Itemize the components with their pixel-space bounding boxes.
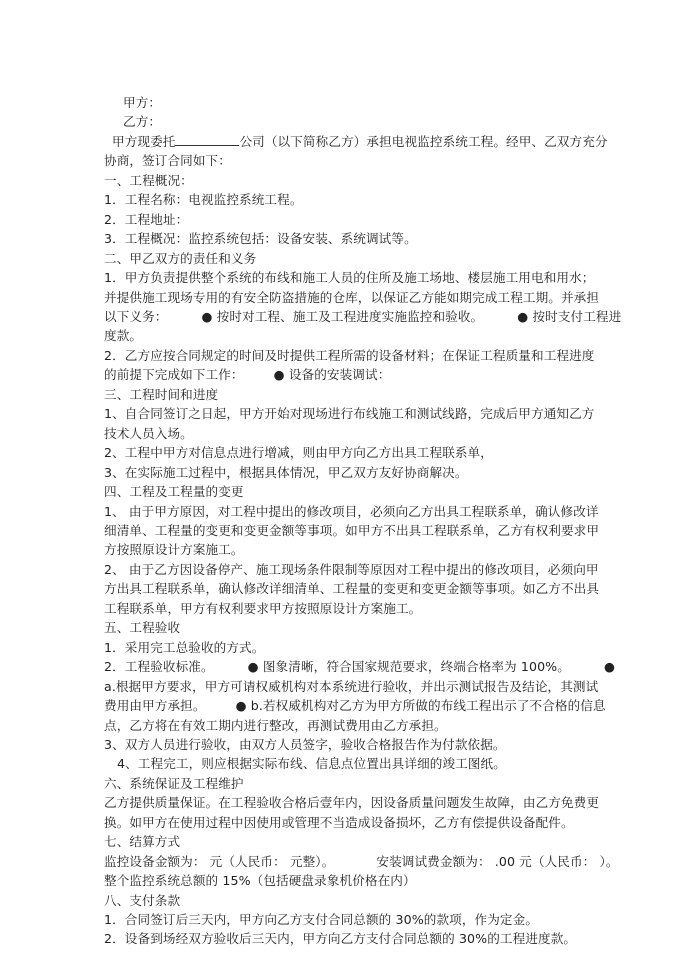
company-name-blank xyxy=(175,133,239,146)
section-6-line: 换。如甲方在使用过程中因使用或管理不当造成设备损坏，乙方有偿提供设备配件。 xyxy=(104,813,604,832)
contract-document: 甲方： 乙方： 甲方现委托公司（以下简称乙方）承担电视监控系统工程。经甲、乙双方… xyxy=(104,93,604,949)
bullet-item: ● 设备的安装调试： xyxy=(274,367,391,382)
intro-line-2: 协商，签订合同如下： xyxy=(104,151,604,170)
section-4-title: 四、工程及工程量的变更 xyxy=(104,482,604,501)
section-4-line: 方出具工程联系单，确认修改详细清单、工程量的变更和变更金额等事项。如乙方不出具 xyxy=(104,579,604,598)
bullet-item: ● 按时对工程、施工及工程进度实施监控和验收。 xyxy=(201,309,483,324)
section-3-line: 2、工程中甲方对信息点进行增减，则由甲方向乙方出具工程联系单， xyxy=(104,443,604,462)
section-1-item: 1．工程名称：电视监控系统工程。 xyxy=(104,190,604,209)
bullet-icon: ● xyxy=(604,659,615,674)
section-2-line: 度款。 xyxy=(104,326,604,345)
section-2-line: 2．乙方应按合同规定的时间及时提供工程所需的设备材料；在保证工程质量和工程进度 xyxy=(104,346,604,365)
section-1-title: 一、工程概况： xyxy=(104,171,604,190)
section-5-title: 五、工程验收 xyxy=(104,618,604,637)
party-b-label: 乙方： xyxy=(104,112,604,131)
intro-line-1: 甲方现委托公司（以下简称乙方）承担电视监控系统工程。经甲、乙双方充分 xyxy=(104,132,604,151)
section-3-line: 技术人员入场。 xyxy=(104,424,604,443)
section-2-line: 并提供施工现场专用的有安全防盗措施的仓库，以保证乙方能如期完成工程工期。并承担 xyxy=(104,288,604,307)
section-4-line: 工程联系单，甲方有权利要求甲方按照原设计方案施工。 xyxy=(104,599,604,618)
section-7-title: 七、结算方式 xyxy=(104,832,604,851)
section-5-line: 点，乙方将在有效工期内进行整改，再测试费用由乙方承担。 xyxy=(104,716,604,735)
section-3-title: 三、工程时间和进度 xyxy=(104,385,604,404)
section-4-line: 1、 由于甲方原因，对工程中提出的修改项目，必须向乙方出具工程联系单，确认修改详 xyxy=(104,502,604,521)
section-5-line: 4、工程完工，则应根据实际布线、信息点位置出具详细的竣工图纸。 xyxy=(104,754,604,773)
section-2-line: 的前提下完成如下工作：● 设备的安装调试： xyxy=(104,365,604,384)
section-5-line: 2．工程验收标准。● 图象清晰，符合国家规范要求，终端合格率为 100%。● xyxy=(104,657,604,676)
section-5-line: 3、双方人员进行验收，由双方人员签字，验收合格报告作为付款依据。 xyxy=(104,735,604,754)
section-8-line: 1．合同签订后三天内，甲方向乙方支付合同总额的 30%的款项，作为定金。 xyxy=(104,910,604,929)
section-6-line: 乙方提供质量保证。在工程验收合格后壹年内，因设备质量问题发生故障，由乙方免费更 xyxy=(104,793,604,812)
section-8-line: 2．设备到场经双方验收后三天内，甲方向乙方支付合同总额的 30%的工程进度款。 xyxy=(104,929,604,948)
section-2-line: 1．甲方负责提供整个系统的布线和施工人员的住所及施工场地、楼层施工用电和用水； xyxy=(104,268,604,287)
section-5-line: a.根据甲方要求，甲方可请权威机构对本系统进行验收，并出示测试报告及结论，其测试 xyxy=(104,677,604,696)
party-a-label: 甲方： xyxy=(104,93,604,112)
bullet-item: ● 图象清晰，符合国家规范要求，终端合格率为 100%。 xyxy=(248,659,570,674)
bullet-item: ● 按时支付工程进 xyxy=(517,309,621,324)
install-fee-amount: 安装调试费金额为： .00 元（人民币： ）。 xyxy=(376,854,618,869)
section-1-item: 3．工程概况：监控系统包括：设备安装、系统调试等。 xyxy=(104,229,604,248)
section-4-line: 2、 由于乙方因设备停产、施工现场条件限制等原因对工程中提出的修改项目，必须向甲 xyxy=(104,560,604,579)
section-7-line: 整个监控系统总额的 15%（包括硬盘录象机价格在内） xyxy=(104,871,604,890)
section-8-title: 八、支付条款 xyxy=(104,891,604,910)
bullet-item: ● b.若权威机构对乙方为甲方所做的布线工程出示了不合格的信息 xyxy=(236,698,606,713)
section-3-line: 1、自合同签订之日起，甲方开始对现场进行布线施工和测试线路，完成后甲方通知乙方 xyxy=(104,404,604,423)
section-4-line: 方按照原设计方案施工。 xyxy=(104,540,604,559)
section-6-title: 六、系统保证及工程维护 xyxy=(104,774,604,793)
section-7-line: 监控设备金额为： 元（人民币： 元整）。安装调试费金额为： .00 元（人民币：… xyxy=(104,852,604,871)
section-4-line: 细清单、工程量的变更和变更金额等事项。如甲方不出具工程联系单，乙方有权利要求甲 xyxy=(104,521,604,540)
section-5-line: 费用由甲方承担。● b.若权威机构对乙方为甲方所做的布线工程出示了不合格的信息 xyxy=(104,696,604,715)
section-2-line: 以下义务：● 按时对工程、施工及工程进度实施监控和验收。● 按时支付工程进 xyxy=(104,307,604,326)
equipment-amount: 监控设备金额为： 元（人民币： 元整）。 xyxy=(104,854,334,869)
section-5-line: 1．采用完工总验收的方式。 xyxy=(104,638,604,657)
section-2-title: 二、甲乙双方的责任和义务 xyxy=(104,249,604,268)
section-3-line: 3、在实际施工过程中，根据具体情况，甲乙双方友好协商解决。 xyxy=(104,463,604,482)
section-1-item: 2．工程地址： xyxy=(104,210,604,229)
